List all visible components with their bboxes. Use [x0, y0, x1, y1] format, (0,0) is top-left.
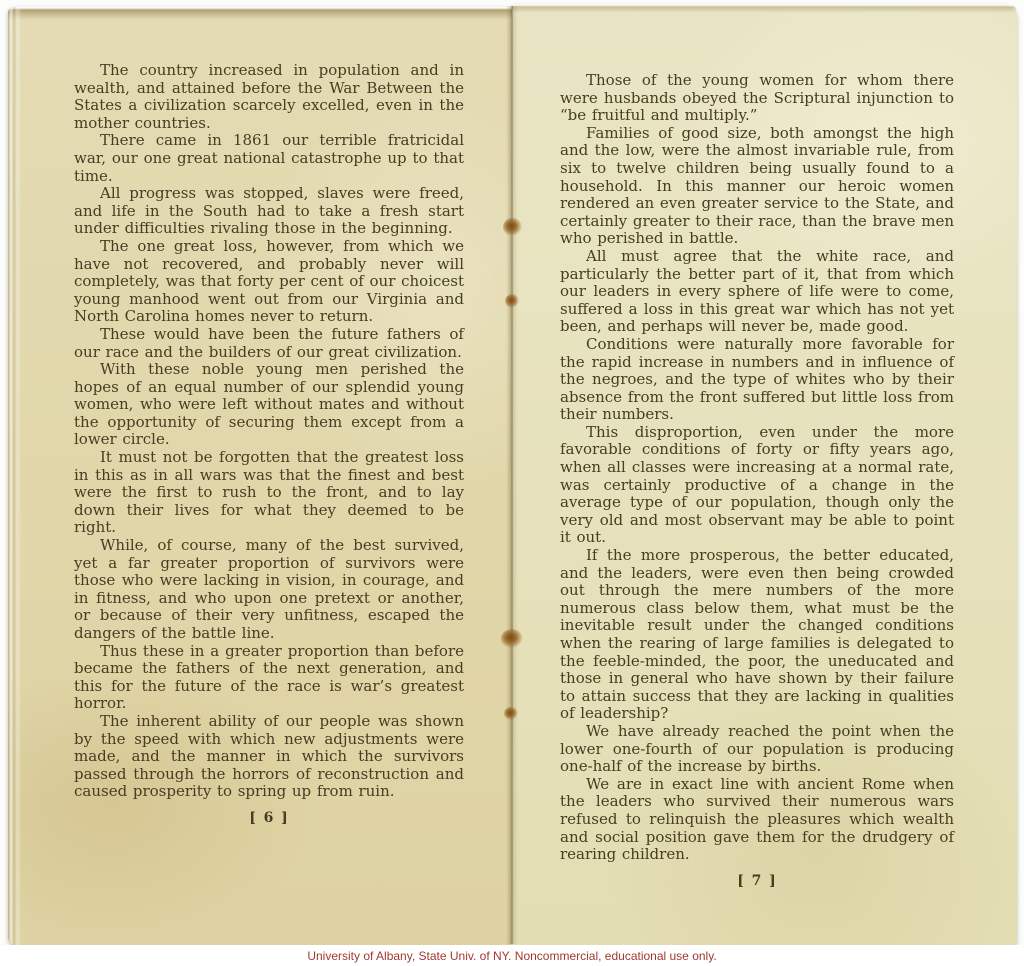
paragraph: These would have been the future fathers…	[74, 326, 464, 361]
paragraph: The country increased in population and …	[74, 62, 464, 132]
paragraph: Those of the young women for whom there …	[560, 72, 954, 125]
paragraph: All progress was stopped, slaves were fr…	[74, 185, 464, 238]
paragraph: The inherent ability of our people was s…	[74, 713, 464, 801]
credit-text: University of Albany, State Univ. of NY.…	[307, 949, 716, 963]
paragraph: Families of good size, both amongst the …	[560, 125, 954, 248]
paragraph: Thus these in a greater proportion than …	[74, 643, 464, 713]
paragraph: We are in exact line with ancient Rome w…	[560, 776, 954, 864]
center-fold	[506, 6, 518, 944]
paragraph: With these noble young men perished the …	[74, 361, 464, 449]
credit-footer: University of Albany, State Univ. of NY.…	[0, 945, 1024, 966]
paragraph: We have already reached the point when t…	[560, 723, 954, 776]
page-left: The country increased in population and …	[8, 7, 512, 945]
paragraph: While, of course, many of the best survi…	[74, 537, 464, 643]
paragraph: All must agree that the white race, and …	[560, 248, 954, 336]
page-number-left: [ 6 ]	[74, 810, 464, 828]
rust-stain	[501, 629, 523, 648]
paragraph: If the more prosperous, the better educa…	[560, 547, 954, 723]
scanned-book-spread: The country increased in population and …	[0, 0, 1024, 966]
page-left-text-column: The country increased in population and …	[74, 62, 464, 828]
paragraph: Conditions were naturally more favorable…	[560, 336, 954, 424]
rust-stain	[503, 218, 522, 236]
page-right: Those of the young women for whom there …	[512, 4, 1017, 945]
rust-stain	[504, 707, 518, 720]
paragraph: There came in 1861 our terrible fratrici…	[74, 132, 464, 185]
paragraph: The one great loss, however, from which …	[74, 238, 464, 326]
paragraph: It must not be forgotten that the greate…	[74, 449, 464, 537]
rust-stain	[505, 294, 519, 308]
paragraph: This disproportion, even under the more …	[560, 424, 954, 547]
page-number-right: [ 7 ]	[560, 873, 954, 891]
page-right-text-column: Those of the young women for whom there …	[560, 72, 954, 890]
